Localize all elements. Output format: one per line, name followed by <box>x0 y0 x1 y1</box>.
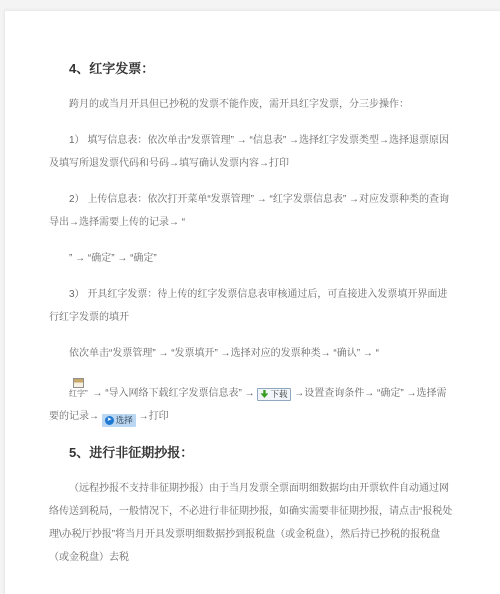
download-arrow-icon <box>260 390 268 398</box>
section-heading-off-period-filing: 5、进行非征期抄报： <box>49 441 455 464</box>
download-button-label: 下载 <box>270 389 287 400</box>
paragraph-step1-fill-info-form: 1） 填写信息表：依次单击“发票管理” → “信息表” →选择红字发票类型→选择… <box>49 129 455 175</box>
select-button-label: 选择 <box>116 415 133 426</box>
paragraph-with-toolbar-buttons: 红字” → “导入网络下载红字发票信息表” → 下载 →设置查询条件→ “确定”… <box>49 378 455 428</box>
select-arrow-icon: ➤ <box>105 416 114 425</box>
redzi-button-label: 红字” <box>69 389 88 398</box>
paragraph-menu-path-invoice-fill: 依次单击“发票管理” → “发票填开” →选择对应的发票种类→ “确认” → “ <box>49 342 455 365</box>
paragraph-step2-confirm-chain: ” → “确定” → “确定” <box>49 247 455 270</box>
form-icon <box>73 378 84 388</box>
paragraph-step2-upload-info-form: 2） 上传信息表：依次打开菜单“发票管理” → “红字发票信息表” →对应发票种… <box>49 188 455 234</box>
paragraph-off-period-filing-detail: （远程抄报不支持非征期抄报）由于当月发票全票面明细数据均由开票软件自动通过网络传… <box>49 477 455 569</box>
inline-text-segment: →打印 <box>139 411 169 422</box>
download-button: 下载 <box>257 388 291 401</box>
select-button: ➤ 选择 <box>102 414 136 427</box>
redzi-toolbar-button: 红字” <box>69 378 88 398</box>
section-heading-red-invoice: 4、红字发票： <box>49 57 455 80</box>
inline-text-segment: → “导入网络下载红字发票信息表” → <box>92 388 257 399</box>
paragraph-step3-issue-red-invoice: 3） 开具红字发票：待上传的红字发票信息表审核通过后，可直接进入发票填开界面进行… <box>49 283 455 329</box>
paragraph-red-invoice-intro: 跨月的或当月开具但已抄税的发票不能作废，需开具红字发票，分三步操作： <box>49 93 455 116</box>
article-content-card: 4、红字发票： 跨月的或当月开具但已抄税的发票不能作废，需开具红字发票，分三步操… <box>4 10 500 594</box>
